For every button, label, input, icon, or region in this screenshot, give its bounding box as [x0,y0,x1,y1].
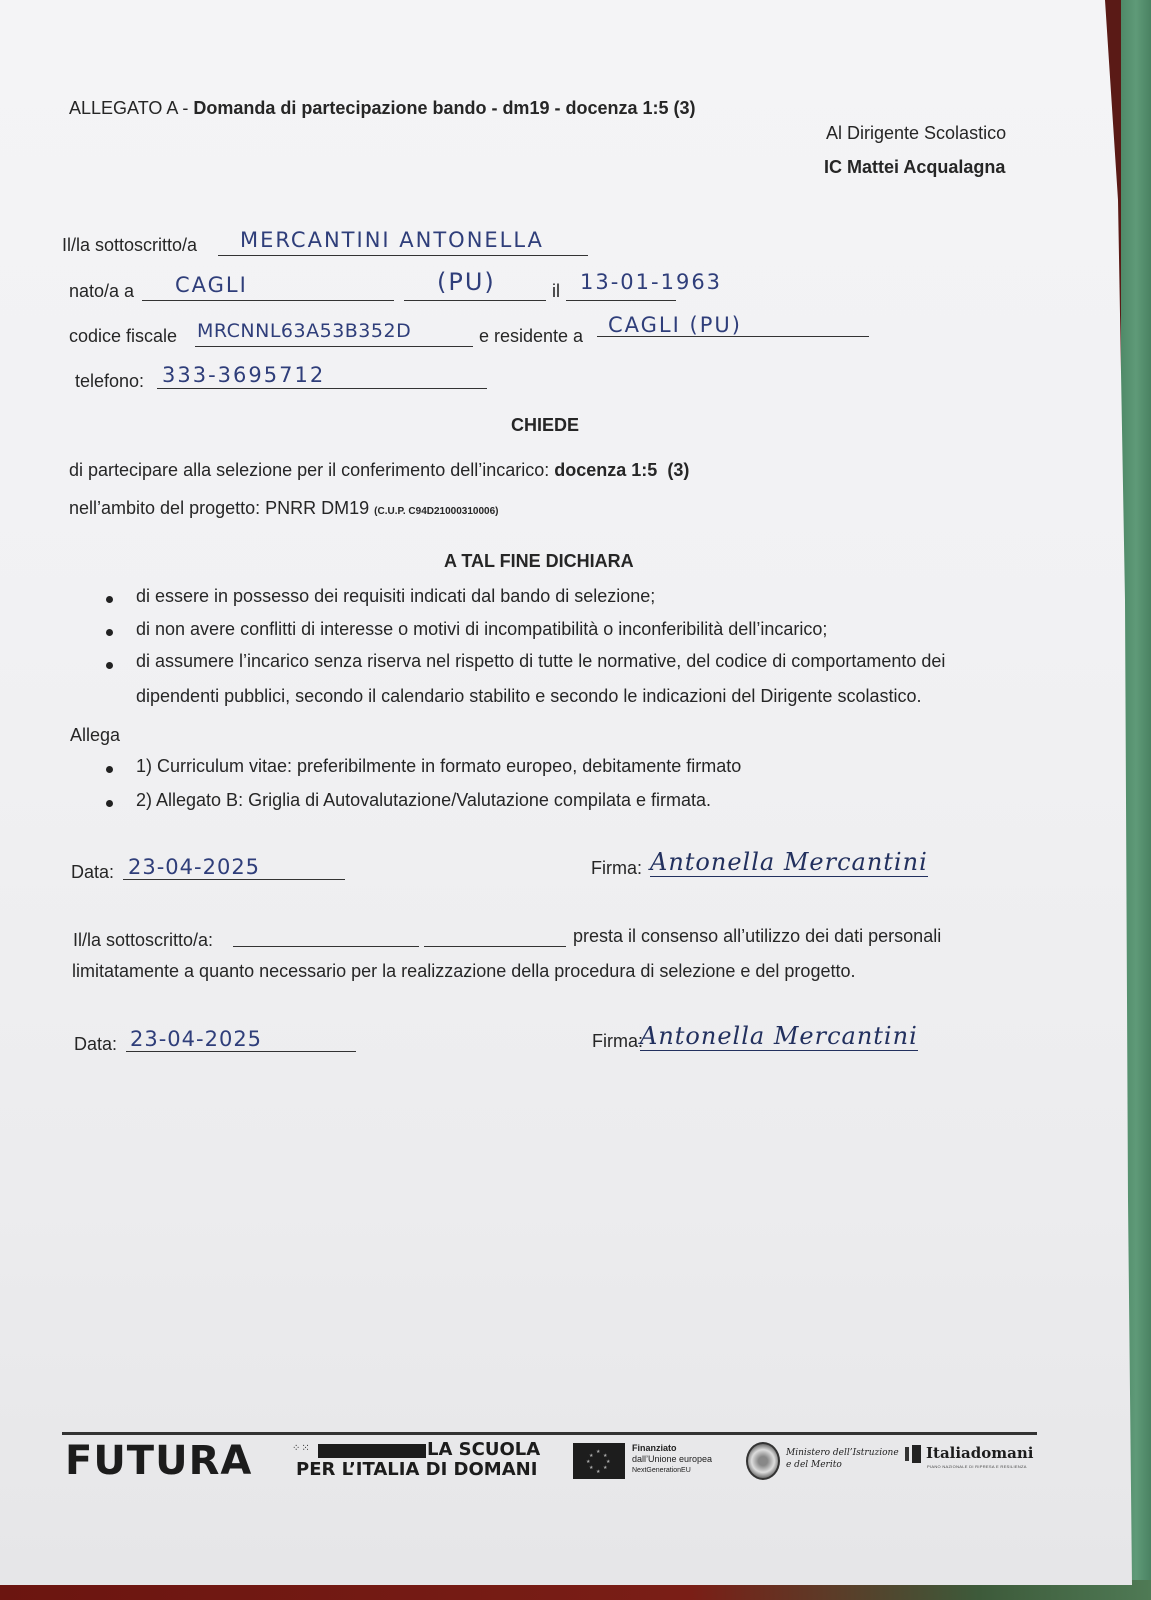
birthdate-line [566,300,676,301]
ministry-line-1: Ministero dell’Istruzione [786,1447,899,1459]
bullet-icon [106,766,113,773]
bullet-icon [106,596,113,603]
label-date-1: Data: [71,862,114,883]
declaration-heading: A TAL FINE DICHIARA [444,551,634,572]
label-resident: e residente a [479,326,583,347]
date-1-line [123,879,345,880]
declaration-item-3: di assumere l’incarico senza riserva nel… [136,651,945,672]
italiadomani-logo: Italiadomani [926,1444,1033,1462]
label-signature-1: Firma: [591,858,642,879]
label-date-2: Data: [74,1034,117,1055]
italian-republic-emblem-icon [746,1442,780,1480]
phone-field[interactable]: 333-3695712 [162,363,325,387]
bullet-icon [106,800,113,807]
scuola-bar [318,1444,426,1458]
date-1-field[interactable]: 23-04-2025 [128,855,260,879]
ministry-line-2: e del Merito [786,1459,899,1471]
scuola-line-1: LA SCUOLA [427,1440,540,1460]
birthplace-field[interactable]: CAGLI [175,273,248,297]
attachments-heading: Allega [70,725,120,746]
request-heading: CHIEDE [511,415,579,436]
consent-text-1: presta il consenso all’utilizzo dei dati… [573,926,941,947]
declaration-item-2: di non avere conflitti di interesse o mo… [136,619,827,640]
birthplace-line [142,300,394,301]
label-signature-2: Firma: [592,1031,643,1052]
request-text: di partecipare alla selezione per il con… [69,460,554,480]
consent-text-2: limitatamente a quanto necessario per la… [72,961,855,982]
document-page: ALLEGATO A - Domanda di partecipazione b… [0,0,1132,1585]
footer-divider [62,1432,1037,1435]
recipient-school: IC Mattei Acqualagna [824,157,1005,178]
eu-line-3: NextGenerationEU [632,1465,712,1476]
bullet-icon [106,662,113,669]
name-field-line [218,255,588,256]
tax-code-line [195,346,473,347]
label-tax-code: codice fiscale [69,326,177,347]
consent-label: Il/la sottoscritto/a: [73,930,213,951]
eu-flag-icon: ★★★ ★★★ ★★ [573,1443,625,1479]
document-title: ALLEGATO A - Domanda di partecipazione b… [69,98,696,119]
italiadomani-mark-icon [905,1447,909,1461]
residence-field[interactable]: CAGLI (PU) [608,313,742,337]
attachment-item-2: 2) Allegato B: Griglia di Autovalutazion… [136,790,711,811]
label-name: Il/la sottoscritto/a [62,235,197,256]
eu-line-1: Finanziato [632,1443,712,1454]
project-text: nell’ambito del progetto: PNRR DM19 [69,498,374,518]
declaration-item-1: di essere in possesso dei requisiti indi… [136,586,655,607]
request-line-1: di partecipare alla selezione per il con… [69,460,689,481]
eu-line-2: dall’Unione europea [632,1454,712,1465]
scuola-line-2: PER L’ITALIA DI DOMANI [296,1460,537,1480]
ministry-logo: Ministero dell’Istruzione e del Merito [786,1447,899,1471]
signature-2[interactable]: Antonella Mercantini [640,1022,918,1051]
declaration-item-3-cont: dipendenti pubblici, secondo il calendar… [136,686,921,707]
phone-line [157,388,487,389]
cup-code: (C.U.P. C94D21000310006) [374,506,498,517]
recipient-title: Al Dirigente Scolastico [826,123,1006,144]
request-line-2: nell’ambito del progetto: PNRR DM19 (C.U… [69,498,498,519]
request-role: docenza 1:5 [554,460,657,480]
futura-logo: FUTURA [65,1438,252,1484]
italiadomani-mark-block [912,1445,921,1463]
label-on: il [552,281,560,302]
signature-1[interactable]: Antonella Mercantini [650,848,928,877]
province-line [404,300,546,301]
title-prefix: ALLEGATO A - [69,98,193,118]
tax-code-field[interactable]: MRCNNL63A53B352D [197,320,411,342]
date-2-line [126,1051,356,1052]
pnrr-subtitle: PIANO NAZIONALE DI RIPRESA E RESILIENZA [927,1464,1027,1469]
eu-funding-text: Finanziato dall’Unione europea NextGener… [632,1443,712,1476]
date-2-field[interactable]: 23-04-2025 [130,1027,262,1051]
request-role-suffix: (3) [667,460,689,480]
title-main: Domanda di partecipazione bando - dm19 -… [193,98,695,118]
bullet-icon [106,629,113,636]
name-field[interactable]: MERCANTINI ANTONELLA [240,228,544,252]
province-field[interactable]: (PU) [437,268,496,296]
label-born: nato/a a [69,281,134,302]
consent-name-line-2 [424,946,566,947]
attachment-item-1: 1) Curriculum vitae: preferibilmente in … [136,756,741,777]
label-phone: telefono: [75,371,144,392]
dots-pattern-icon: ⁘⁙ [292,1443,311,1454]
birthdate-field[interactable]: 13-01-1963 [580,270,722,294]
consent-name-line [233,946,419,947]
